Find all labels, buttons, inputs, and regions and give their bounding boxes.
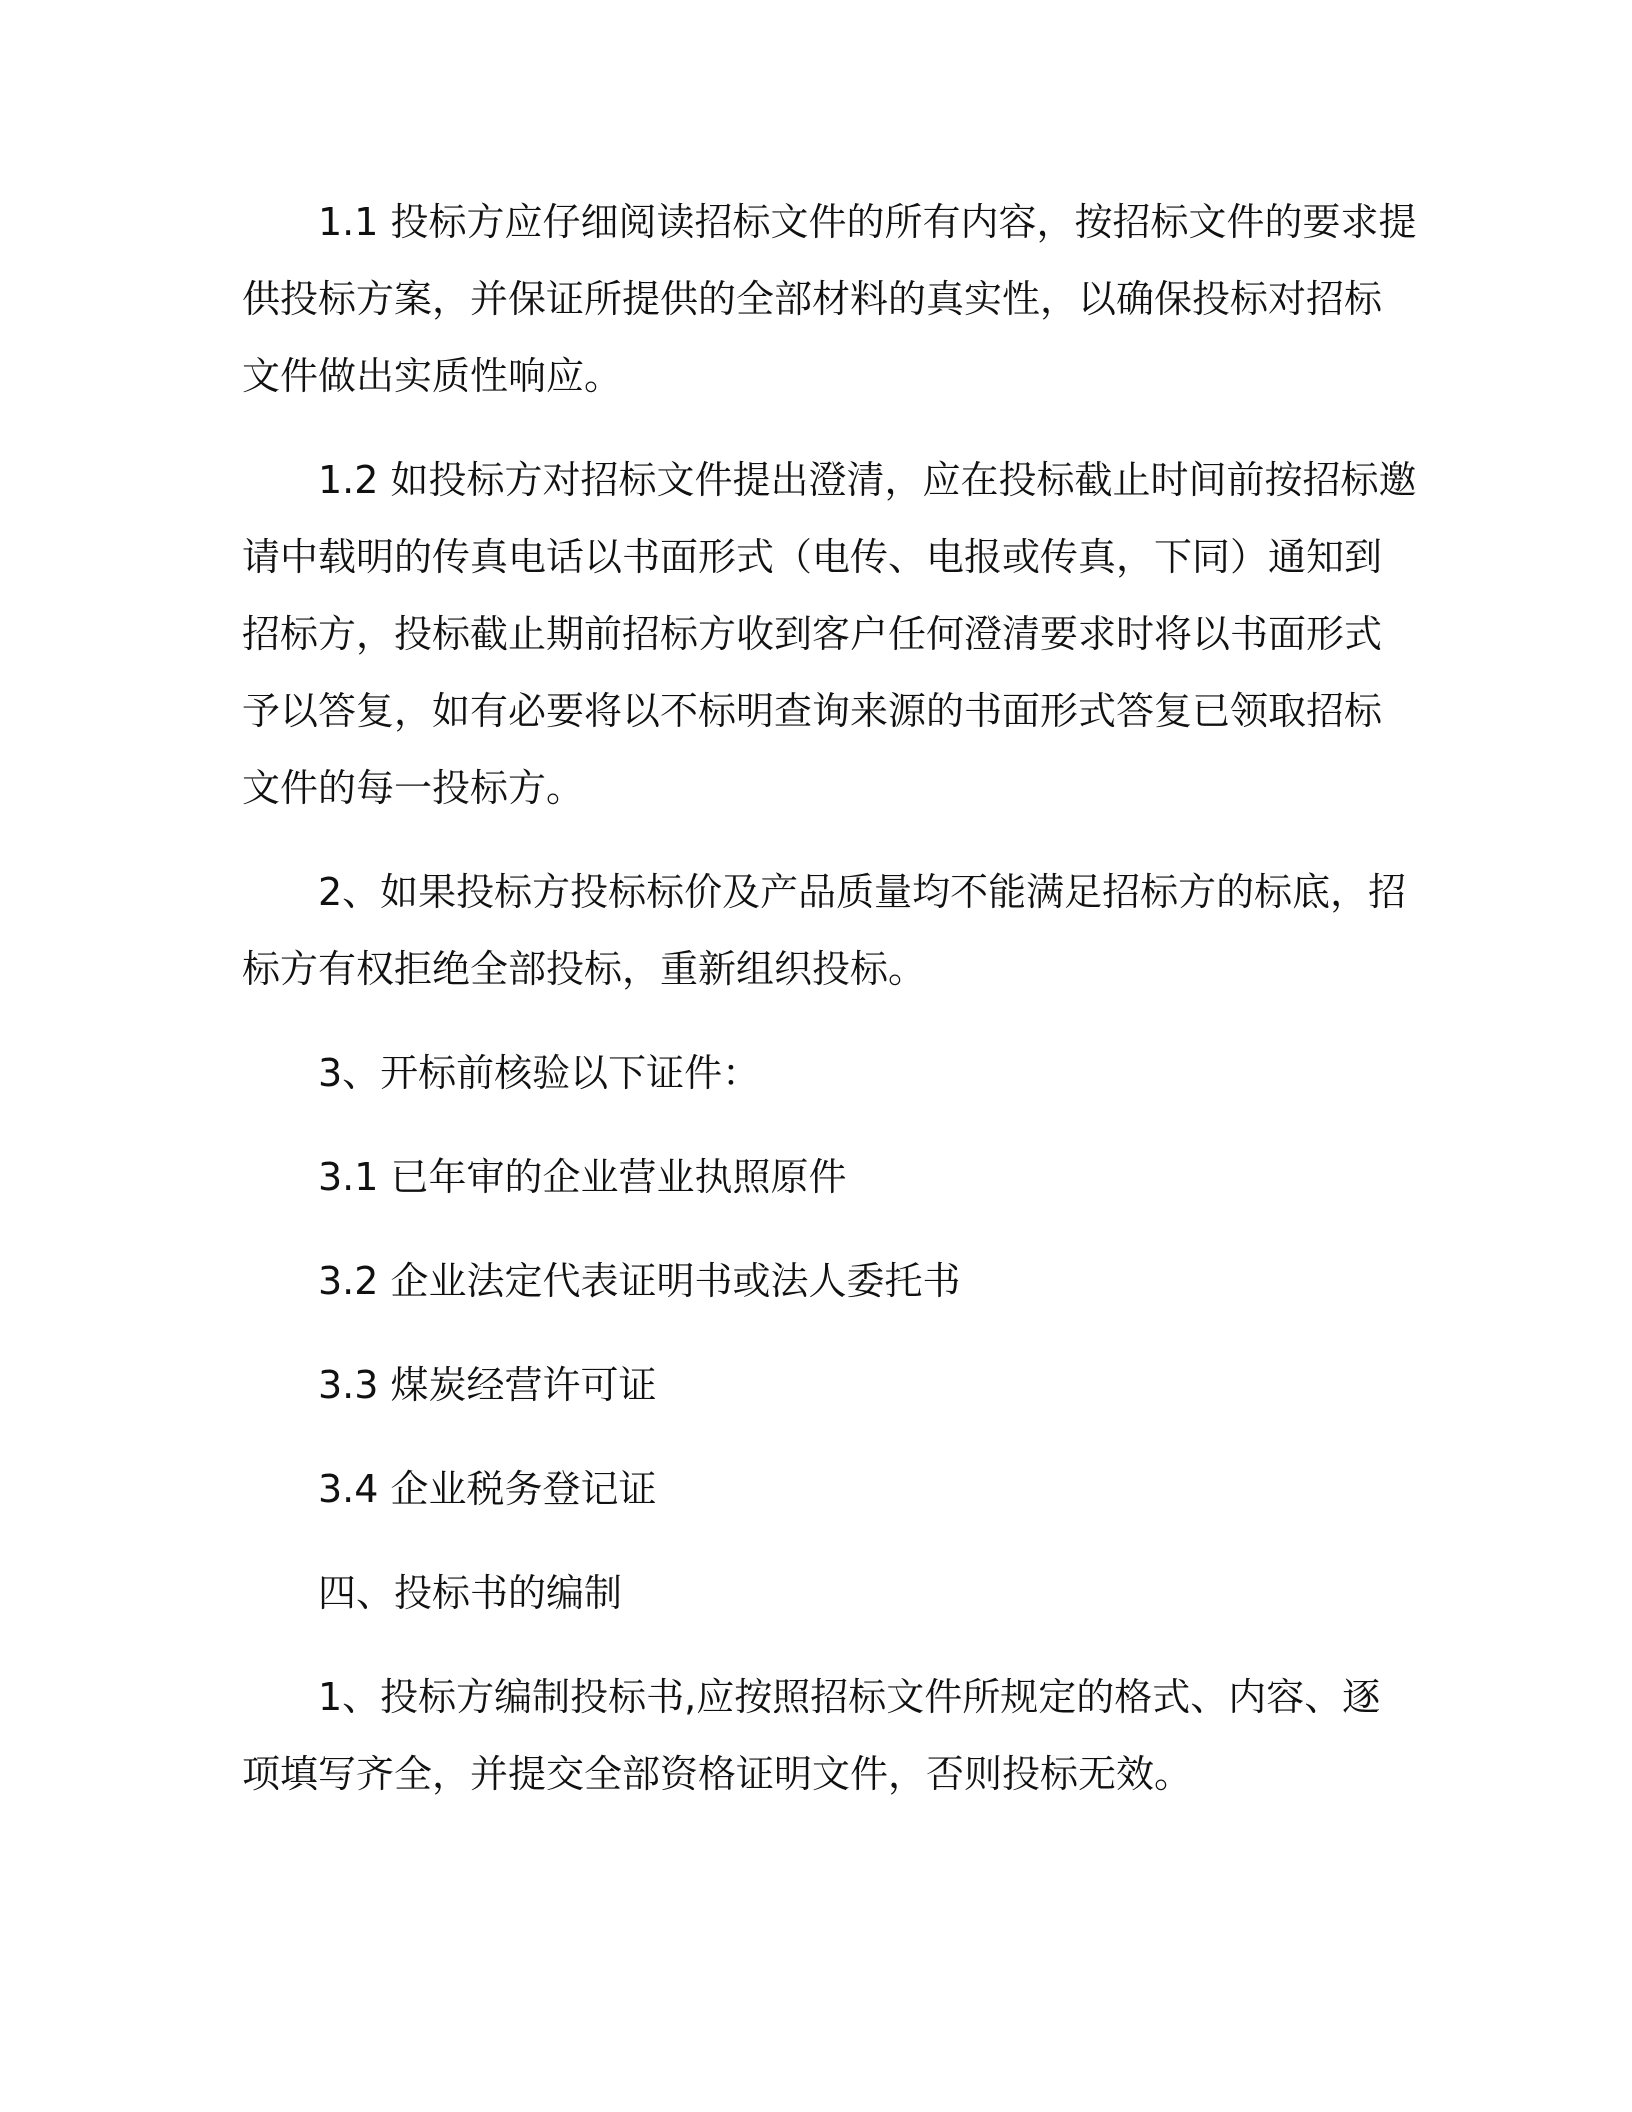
paragraph-line: 项填写齐全，并提交全部资格证明文件，否则投标无效。 [242,1736,1402,1813]
list-item-3-2: 3.2 企业法定代表证明书或法人委托书 [242,1243,1402,1320]
paragraph-1-1: 1.1 投标方应仔细阅读招标文件的所有内容，按招标文件的要求提 供投标方案，并保… [242,184,1402,415]
paragraph-line: 请中载明的传真电话以书面形式（电传、电报或传真，下同）通知到 [242,519,1402,596]
paragraph-line: 标方有权拒绝全部投标，重新组织投标。 [242,931,1402,1008]
paragraph-line: 文件做出实质性响应。 [242,338,1402,415]
paragraph-2: 2、如果投标方投标标价及产品质量均不能满足招标方的标底，招 标方有权拒绝全部投标… [242,854,1402,1008]
list-item-3-3: 3.3 煤炭经营许可证 [242,1347,1402,1424]
paragraph-line: 招标方，投标截止期前招标方收到客户任何澄清要求时将以书面形式 [242,596,1402,673]
paragraph-line: 1、投标方编制投标书,应按照招标文件所规定的格式、内容、逐 [242,1659,1402,1736]
paragraph-line: 3.4 企业税务登记证 [242,1451,1402,1528]
paragraph-line: 1.1 投标方应仔细阅读招标文件的所有内容，按招标文件的要求提 [242,184,1402,261]
paragraph-line: 文件的每一投标方。 [242,750,1402,827]
paragraph-1-2: 1.2 如投标方对招标文件提出澄清，应在投标截止时间前按招标邀 请中载明的传真电… [242,442,1402,827]
document-page: 1.1 投标方应仔细阅读招标文件的所有内容，按招标文件的要求提 供投标方案，并保… [0,0,1632,2112]
paragraph-line: 3、开标前核验以下证件： [242,1035,1402,1112]
paragraph-line: 3.2 企业法定代表证明书或法人委托书 [242,1243,1402,1320]
paragraph-line: 供投标方案，并保证所提供的全部材料的真实性，以确保投标对招标 [242,261,1402,338]
paragraph-line: 2、如果投标方投标标价及产品质量均不能满足招标方的标底，招 [242,854,1402,931]
section-heading: 四、投标书的编制 [242,1555,1402,1632]
paragraph-line: 3.1 已年审的企业营业执照原件 [242,1139,1402,1216]
paragraph-4-1: 1、投标方编制投标书,应按照招标文件所规定的格式、内容、逐 项填写齐全，并提交全… [242,1659,1402,1813]
section-heading-4: 四、投标书的编制 [242,1555,1402,1632]
list-item-3-1: 3.1 已年审的企业营业执照原件 [242,1139,1402,1216]
list-item-3-4: 3.4 企业税务登记证 [242,1451,1402,1528]
paragraph-line: 1.2 如投标方对招标文件提出澄清，应在投标截止时间前按招标邀 [242,442,1402,519]
paragraph-line: 予以答复，如有必要将以不标明查询来源的书面形式答复已领取招标 [242,673,1402,750]
document-body: 1.1 投标方应仔细阅读招标文件的所有内容，按招标文件的要求提 供投标方案，并保… [242,184,1402,1840]
paragraph-line: 3.3 煤炭经营许可证 [242,1347,1402,1424]
paragraph-3-heading: 3、开标前核验以下证件： [242,1035,1402,1112]
